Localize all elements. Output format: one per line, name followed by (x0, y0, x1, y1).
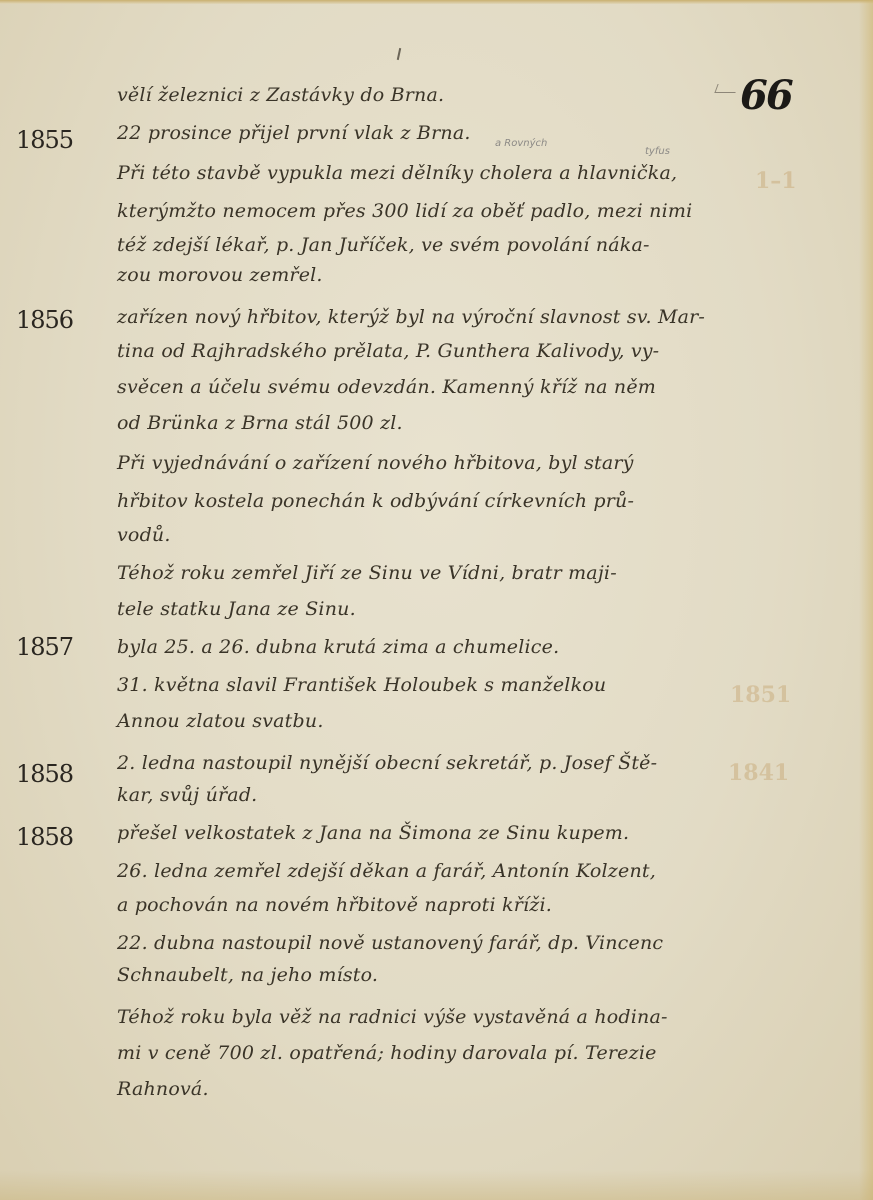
text-line: Schnaubelt, na jeho místo. (117, 964, 378, 986)
text-line: 2. ledna nastoupil nynější obecní sekret… (117, 752, 657, 774)
margin-year: 1855 (16, 126, 73, 154)
text-line: 22 prosince přijel první vlak z Brna. (117, 122, 471, 144)
text-line: též zdejší lékař, p. Jan Juříček, ve své… (117, 234, 650, 256)
text-line: 26. ledna zemřel zdejší děkan a farář, A… (117, 860, 656, 882)
text-line: od Brünka z Brna stál 500 zl. (117, 412, 403, 434)
bleed-through-mark: 1851 (730, 682, 791, 708)
text-line: Při vyjednávání o zařízení nového hřbito… (117, 452, 634, 474)
text-line: Rahnová. (117, 1078, 209, 1100)
manuscript-page: 66 1–1 1851 1841 1855 1856 1857 1858 185… (0, 0, 873, 1200)
margin-year: 1858 (16, 823, 73, 851)
bleed-through-mark: 1–1 (755, 168, 797, 194)
text-line: kterýmžto nemocem přes 300 lidí za oběť … (117, 200, 692, 222)
text-line: Téhož roku byla věž na radnici výše vyst… (117, 1006, 668, 1028)
page-number-pencil-mark (714, 84, 738, 93)
margin-year: 1856 (16, 306, 73, 334)
page-number: 66 (740, 72, 792, 119)
page-right-edge (859, 0, 873, 1200)
text-line: Annou zlatou svatbu. (117, 710, 324, 732)
margin-year: 1857 (16, 633, 73, 661)
page-top-edge (0, 0, 873, 4)
text-line: zou morovou zemřel. (117, 264, 323, 286)
text-line: hřbitov kostela ponechán k odbývání círk… (117, 490, 634, 512)
text-line: a pochován na novém hřbitově naproti kří… (117, 894, 552, 916)
text-line: zařízen nový hřbitov, kterýž byl na výro… (117, 306, 705, 328)
text-line: vodů. (117, 524, 171, 546)
text-line: přešel velkostatek z Jana na Šimona ze S… (117, 822, 629, 844)
margin-year: 1858 (16, 760, 73, 788)
bleed-through-mark: 1841 (728, 760, 789, 786)
text-line: vělí železnici z Zastávky do Brna. (117, 84, 444, 106)
text-line: Téhož roku zemřel Jiří ze Sinu ve Vídni,… (117, 562, 617, 584)
text-line: 22. dubna nastoupil nově ustanovený fará… (117, 932, 663, 954)
text-line: tele statku Jana ze Sinu. (117, 598, 356, 620)
text-line: Při této stavbě vypukla mezi dělníky cho… (117, 162, 677, 184)
interlinear-annotation: a Rovných (495, 138, 547, 149)
top-pencil-mark (397, 48, 401, 60)
text-line: tina od Rajhradského prělata, P. Gunther… (117, 340, 659, 362)
text-line: mi v ceně 700 zl. opatřená; hodiny darov… (117, 1042, 657, 1064)
text-line: svěcen a účelu svému odevzdán. Kamenný k… (117, 376, 656, 398)
text-line: kar, svůj úřad. (117, 784, 257, 806)
text-line: 31. května slavil František Holoubek s m… (117, 674, 606, 696)
interlinear-annotation: tyfus (645, 146, 670, 157)
page-bottom-edge (0, 1170, 873, 1200)
text-line: byla 25. a 26. dubna krutá zima a chumel… (117, 636, 559, 658)
